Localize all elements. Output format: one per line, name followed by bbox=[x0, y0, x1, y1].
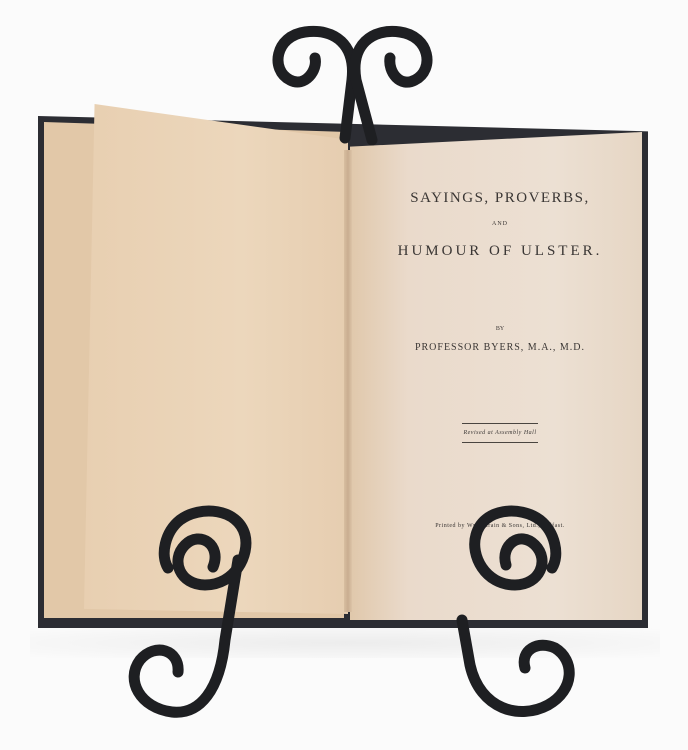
title-line-2: HUMOUR OF ULSTER. bbox=[360, 243, 640, 260]
book-gutter bbox=[344, 150, 352, 612]
printer-imprint: Printed by Wm. Strain & Sons, Ltd., Belf… bbox=[360, 523, 640, 529]
edition-note: Revised at Assembly Hall bbox=[360, 430, 640, 436]
rule-top bbox=[462, 423, 538, 424]
title-line-1: SAYINGS, PROVERBS, bbox=[360, 190, 640, 207]
title-page-text: SAYINGS, PROVERBS, AND HUMOUR OF ULSTER.… bbox=[360, 180, 640, 529]
book-photo: SAYINGS, PROVERBS, AND HUMOUR OF ULSTER.… bbox=[0, 0, 688, 750]
table-shadow bbox=[30, 628, 660, 658]
by-label: BY bbox=[360, 326, 640, 332]
author-name: PROFESSOR BYERS, M.A., M.D. bbox=[360, 342, 640, 353]
title-conjunction: AND bbox=[360, 221, 640, 227]
left-page bbox=[84, 104, 348, 614]
rule-bottom bbox=[462, 442, 538, 443]
